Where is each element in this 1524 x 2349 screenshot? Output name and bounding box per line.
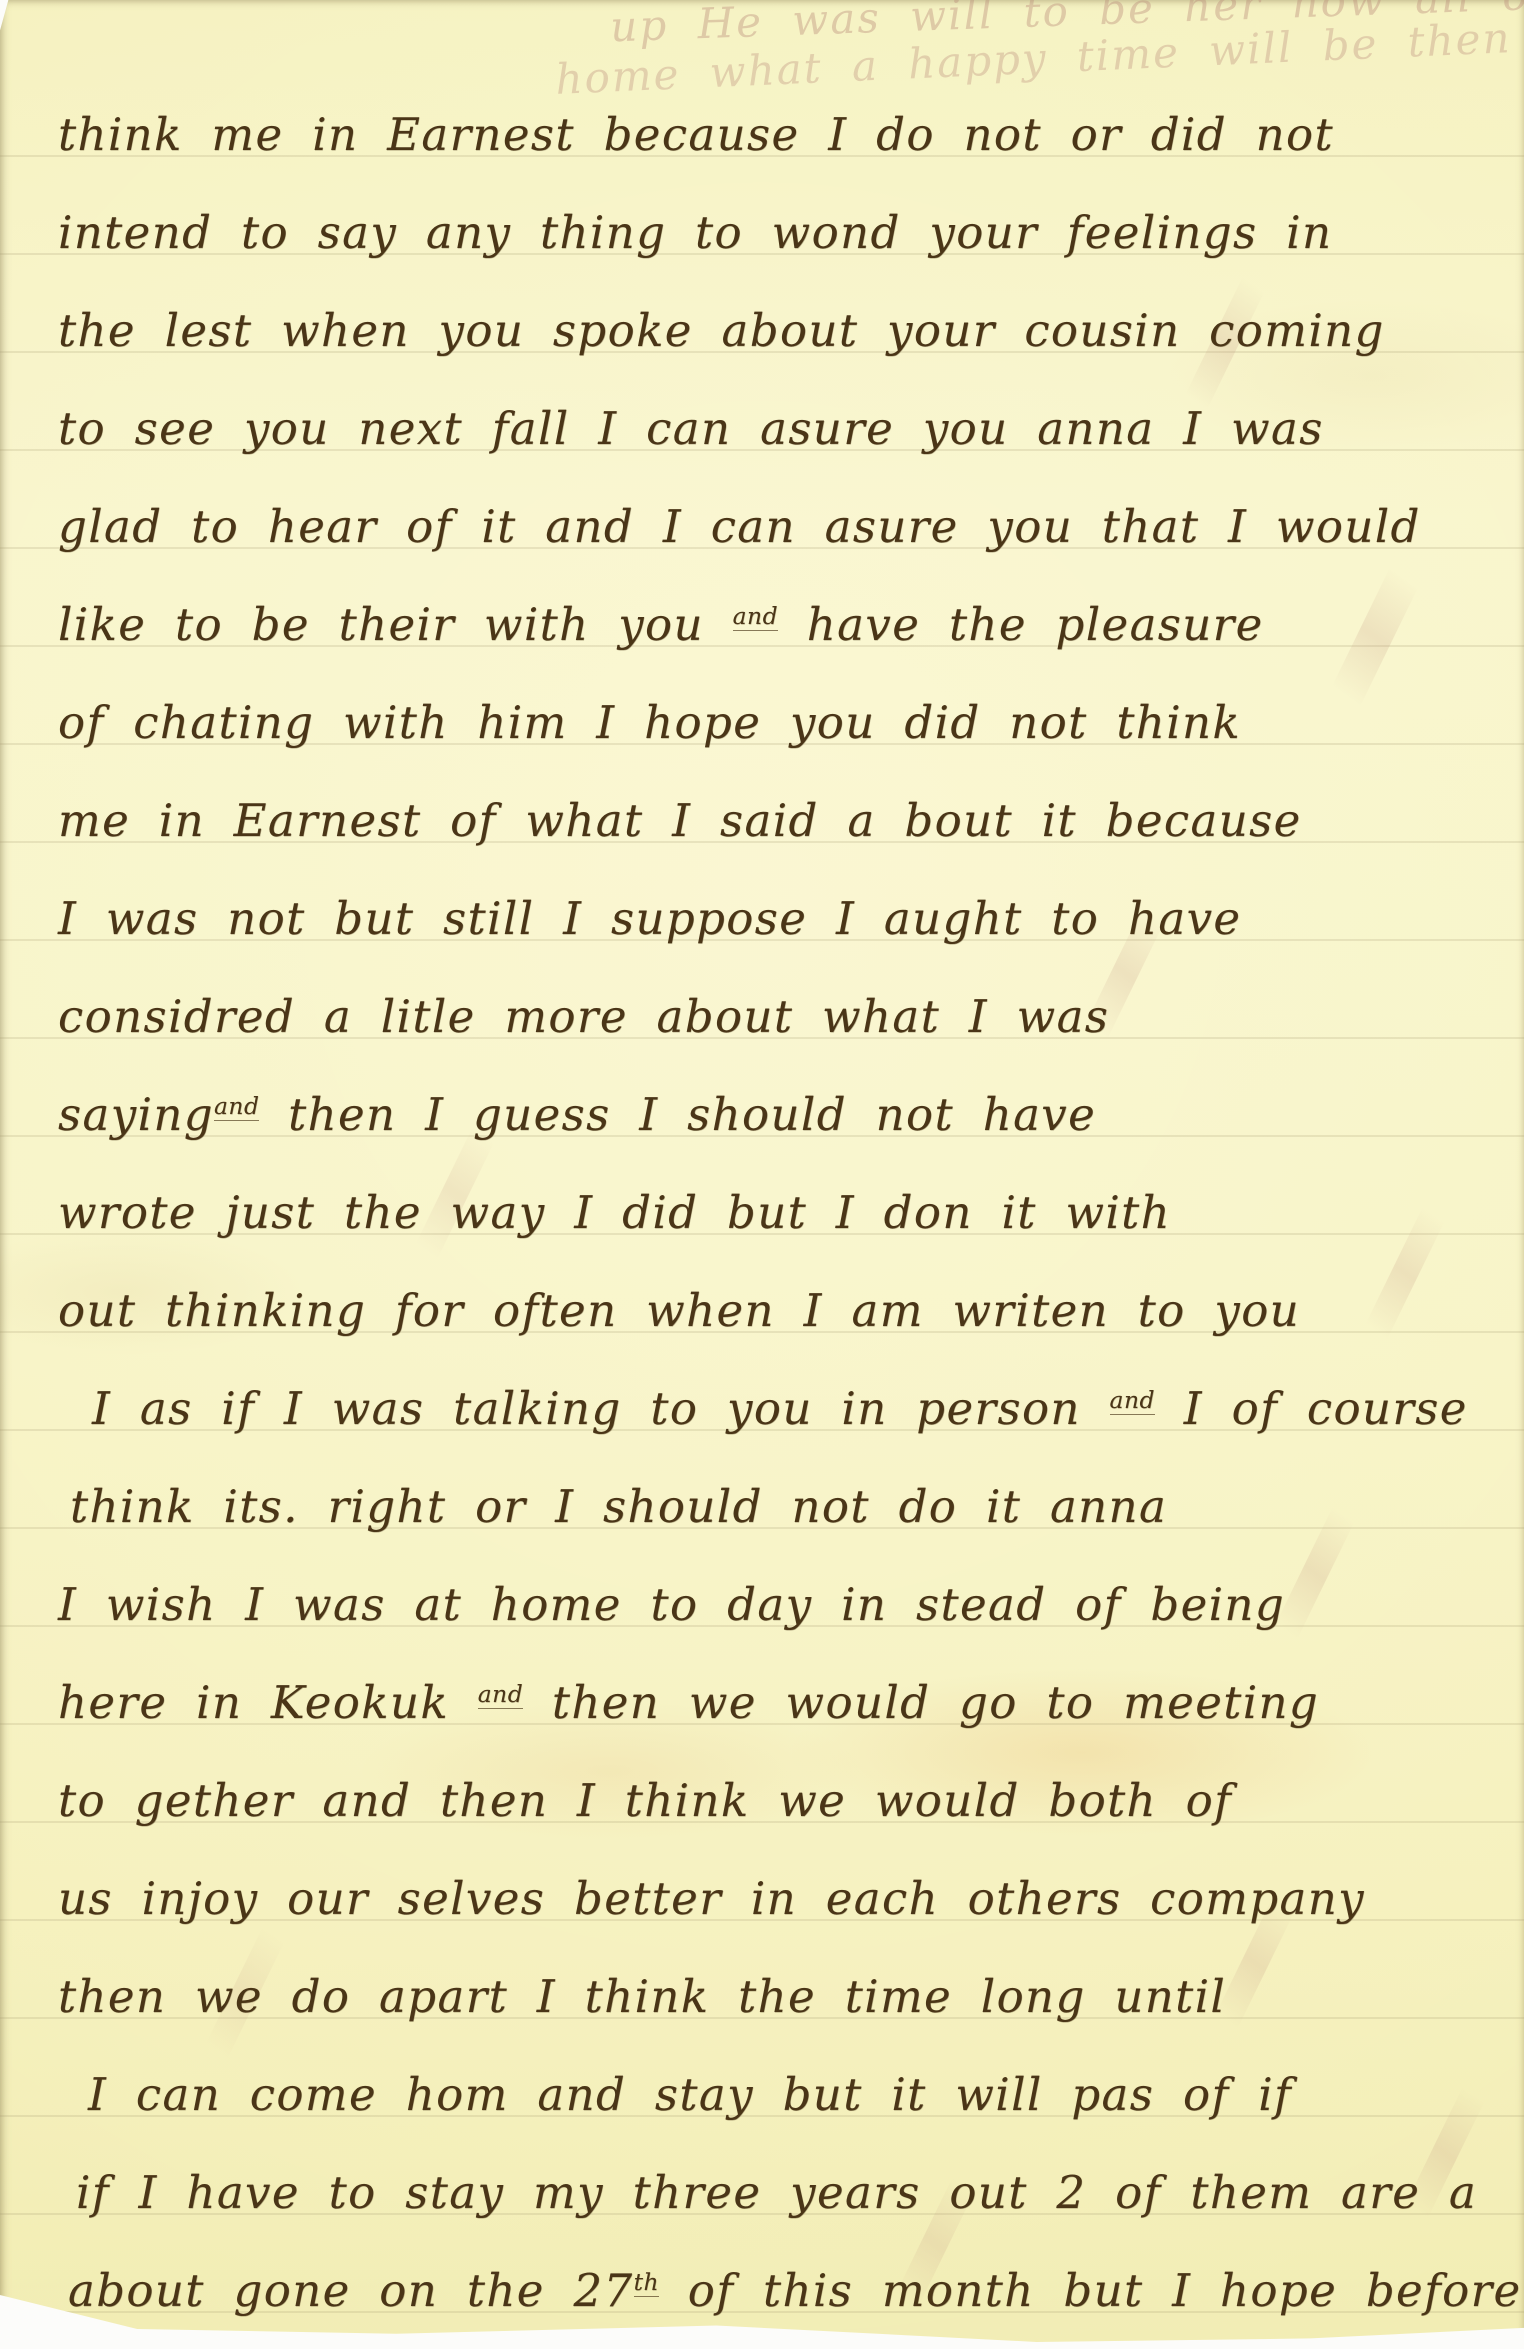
letter-line: I was not but still I suppose I aught to… <box>58 870 1498 968</box>
letter-text-segment: of chating with him I hope you did not t… <box>58 696 1241 749</box>
letter-line: if I have to stay my three years out 2 o… <box>58 2144 1498 2242</box>
letter-text-segment: then we do apart I think the time long u… <box>58 1970 1226 2023</box>
letter-text-segment: us injoy our selves better in each other… <box>58 1872 1365 1925</box>
letter-text-segment: saying <box>58 1088 214 1141</box>
letter-text-segment: to gether and then I think we would both… <box>58 1774 1232 1827</box>
letter-line: to gether and then I think we would both… <box>58 1752 1498 1850</box>
letter-text-segment: here in Keokuk <box>58 1676 478 1729</box>
superscript-word: and <box>1110 1386 1155 1415</box>
letter-line: to see you next fall I can asure you ann… <box>58 380 1498 478</box>
letter-line: about gone on the 27th of this month but… <box>58 2242 1498 2340</box>
letter-line: then we do apart I think the time long u… <box>58 1948 1498 2046</box>
bleedthrough-line: up He was will to be her now all of <box>609 0 1524 51</box>
letter-text-segment: then we would go to meeting <box>523 1676 1319 1729</box>
letter-line: I as if I was talking to you in person a… <box>58 1360 1498 1458</box>
letter-body: think me in Earnest because I do not or … <box>58 86 1498 2340</box>
superscript-word: and <box>214 1092 259 1121</box>
letter-line: here in Keokuk and then we would go to m… <box>58 1654 1498 1752</box>
letter-text-segment: intend to say any thing to wond your fee… <box>58 206 1332 259</box>
letter-line: of chating with him I hope you did not t… <box>58 674 1498 772</box>
letter-line: out thinking for often when I am writen … <box>58 1262 1498 1360</box>
letter-text-segment: if I have to stay my three years out 2 o… <box>76 2166 1477 2219</box>
scanned-letter: up He was will to be her now all of home… <box>0 0 1524 2349</box>
letter-line: the lest when you spoke about your cousi… <box>58 282 1498 380</box>
letter-text-segment: wrote just the way I did but I don it wi… <box>58 1186 1171 1239</box>
letter-text-segment: then I guess I should not have <box>259 1088 1096 1141</box>
letter-text-segment: think me in Earnest because I do not or … <box>58 108 1334 161</box>
letter-line: intend to say any thing to wond your fee… <box>58 184 1498 282</box>
letter-text-segment: glad to hear of it and I can asure you t… <box>58 500 1421 553</box>
letter-text-segment: I wish I was at home to day in stead of … <box>58 1578 1285 1631</box>
superscript-word: and <box>733 602 778 631</box>
letter-text-segment: of this month but I hope before <box>659 2264 1522 2317</box>
letter-text-segment: think its. right or I should not do it a… <box>70 1480 1167 1533</box>
letter-line: wrote just the way I did but I don it wi… <box>58 1164 1498 1262</box>
letter-page: up He was will to be her now all of home… <box>0 0 1524 2349</box>
letter-text-segment: to see you next fall I can asure you ann… <box>58 402 1324 455</box>
letter-line: sayingand then I guess I should not have <box>58 1066 1498 1164</box>
letter-line: us injoy our selves better in each other… <box>58 1850 1498 1948</box>
letter-text-segment: about gone on the 27 <box>68 2264 634 2317</box>
letter-text-segment: out thinking for often when I am writen … <box>58 1284 1300 1337</box>
letter-line: glad to hear of it and I can asure you t… <box>58 478 1498 576</box>
letter-text-segment: me in Earnest of what I said a bout it b… <box>58 794 1302 847</box>
letter-line: considred a litle more about what I was <box>58 968 1498 1066</box>
letter-text-segment: have the pleasure <box>778 598 1264 651</box>
letter-text-segment: I of course <box>1155 1382 1468 1435</box>
letter-text-segment: the lest when you spoke about your cousi… <box>58 304 1385 357</box>
letter-line: I can come hom and stay but it will pas … <box>58 2046 1498 2144</box>
letter-text-segment: I can come hom and stay but it will pas … <box>88 2068 1292 2121</box>
letter-text-segment: I was not but still I suppose I aught to… <box>58 892 1241 945</box>
superscript-word: th <box>634 2268 659 2297</box>
letter-line: like to be their with you and have the p… <box>58 576 1498 674</box>
letter-line: I wish I was at home to day in stead of … <box>58 1556 1498 1654</box>
superscript-word: and <box>478 1680 523 1709</box>
letter-text-segment: like to be their with you <box>58 598 733 651</box>
letter-text-segment: I as if I was talking to you in person <box>92 1382 1110 1435</box>
letter-text-segment: considred a litle more about what I was <box>58 990 1109 1043</box>
letter-line: me in Earnest of what I said a bout it b… <box>58 772 1498 870</box>
letter-line: think its. right or I should not do it a… <box>58 1458 1498 1556</box>
letter-line: think me in Earnest because I do not or … <box>58 86 1498 184</box>
